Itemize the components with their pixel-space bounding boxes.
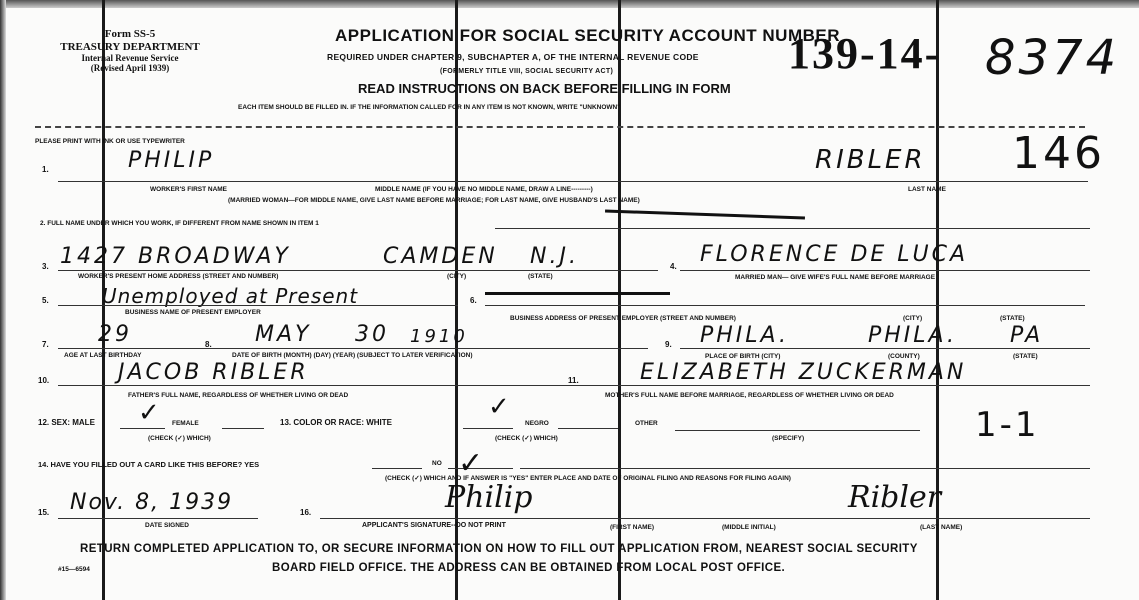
item-number: 15. — [38, 508, 49, 517]
item-number: 6. — [470, 296, 477, 305]
footer-code: #15—6594 — [58, 566, 90, 573]
employer-address-dash — [485, 292, 670, 295]
annotation-146: 146 — [1012, 128, 1105, 179]
revised-date: (Revised April 1939) — [30, 63, 230, 73]
other-label: OTHER — [635, 420, 658, 427]
label-sig-first: (FIRST NAME) — [610, 524, 654, 531]
label-first-name: WORKER'S FIRST NAME — [150, 186, 227, 193]
label-birth-state: (STATE) — [1013, 353, 1038, 360]
label-sig-middle: (MIDDLE INITIAL) — [722, 524, 776, 531]
item4-line — [680, 270, 1090, 271]
father-name-value: JACOB RIBLER — [118, 360, 309, 385]
scan-edge-left — [0, 0, 6, 600]
item5-line — [58, 305, 458, 306]
label-date-signed: DATE SIGNED — [145, 522, 189, 529]
item6-line — [485, 305, 1085, 306]
birth-year-value: 1910 — [410, 326, 468, 347]
item1-line — [58, 181, 1088, 182]
mother-name-value: ELIZABETH ZUCKERMAN — [640, 360, 966, 385]
item-number: 5. — [42, 296, 49, 305]
item3-line — [58, 270, 658, 271]
scan-edge-top — [0, 0, 1139, 8]
item-number: 3. — [42, 262, 49, 271]
item7-8-line — [58, 348, 648, 349]
label-dob: DATE OF BIRTH (MONTH) (DAY) (YEAR) (SUBJ… — [232, 352, 473, 359]
wife-name-value: FLORENCE DE LUCA — [700, 242, 968, 267]
label-sig-last: (LAST NAME) — [920, 524, 962, 531]
label-city: (CITY) — [447, 273, 466, 280]
signature-last: Ribler — [848, 480, 941, 515]
white-line[interactable] — [463, 428, 513, 429]
item14-reason-line[interactable] — [520, 468, 1090, 469]
label-wife-name: MARRIED MAN— GIVE WIFE'S FULL NAME BEFOR… — [735, 274, 935, 281]
home-state-value: N.J. — [530, 244, 579, 269]
item-number: 4. — [670, 262, 677, 271]
sex-label: 12. SEX: MALE — [38, 418, 95, 427]
specify-label: (SPECIFY) — [772, 435, 804, 442]
no-label: NO — [432, 460, 442, 467]
item-number: 9. — [665, 340, 672, 349]
item-number: 16. — [300, 508, 311, 517]
form-subtitle: REQUIRED UNDER CHAPTER 9, SUBCHAPTER A, … — [327, 52, 699, 62]
item15-line — [58, 518, 258, 519]
white-checkmark: ✓ — [488, 392, 510, 422]
item2-line[interactable] — [495, 228, 1090, 229]
service: Internal Revenue Service — [30, 53, 230, 63]
birth-county-value: PHILA. — [868, 323, 957, 348]
label-employer-state: (STATE) — [1000, 315, 1025, 322]
female-label: FEMALE — [172, 420, 199, 427]
item2-label: 2. FULL NAME UNDER WHICH YOU WORK, IF DI… — [40, 220, 319, 227]
male-checkmark: ✓ — [138, 398, 160, 428]
ss5-application-form: Form SS-5 TREASURY DEPARTMENT Internal R… — [0, 0, 1139, 600]
birth-state-value: PA — [1010, 323, 1043, 348]
item14-label: 14. HAVE YOU FILLED OUT A CARD LIKE THIS… — [38, 460, 259, 469]
label-last-name: LAST NAME — [908, 186, 946, 193]
item-number: 1. — [42, 165, 49, 174]
footer-line-1: RETURN COMPLETED APPLICATION TO, OR SECU… — [80, 543, 918, 555]
label-birthplace: PLACE OF BIRTH (CITY) — [705, 353, 780, 360]
label-employer-city: (CITY) — [903, 315, 922, 322]
item9-line — [680, 348, 1090, 349]
race-check-note: (CHECK (✓) WHICH) — [495, 434, 558, 442]
label-state: (STATE) — [528, 273, 553, 280]
negro-label: NEGRO — [525, 420, 549, 427]
label-mother-name: MOTHER'S FULL NAME BEFORE MARRIAGE, REGA… — [605, 392, 894, 399]
race-label: 13. COLOR OR RACE: WHITE — [280, 418, 392, 427]
married-woman-note: (MARRIED WOMAN—FOR MIDDLE NAME, GIVE LAS… — [228, 197, 640, 204]
race-side-mark: 1-1 — [975, 405, 1040, 445]
negro-line[interactable] — [558, 428, 618, 429]
read-instructions: READ INSTRUCTIONS ON BACK BEFORE FILLING… — [358, 81, 731, 96]
account-number-printed: 139-14- — [788, 28, 941, 79]
footer-line-2: BOARD FIELD OFFICE. THE ADDRESS CAN BE O… — [272, 562, 785, 574]
label-home-address: WORKER'S PRESENT HOME ADDRESS (STREET AN… — [78, 273, 278, 280]
item-number: 10. — [38, 376, 49, 385]
formerly-note: (FORMERLY TITLE VIII, SOCIAL SECURITY AC… — [440, 68, 613, 75]
item-number: 11. — [568, 376, 579, 385]
home-city-value: CAMDEN — [383, 244, 498, 269]
yes-line[interactable] — [372, 468, 422, 469]
birth-month-value: MAY — [255, 322, 311, 347]
signature-line — [320, 518, 1090, 519]
first-name-value: PHILIP — [128, 148, 214, 173]
label-father-name: FATHER'S FULL NAME, REGARDLESS OF WHETHE… — [128, 392, 348, 399]
other-line[interactable] — [675, 430, 920, 431]
label-employer: BUSINESS NAME OF PRESENT EMPLOYER — [125, 309, 261, 316]
home-street-value: 1427 BROADWAY — [60, 244, 291, 269]
label-middle-name: MIDDLE NAME (IF YOU HAVE NO MIDDLE NAME,… — [375, 186, 593, 193]
label-employer-address: BUSINESS ADDRESS OF PRESENT EMPLOYER (ST… — [510, 315, 736, 322]
each-item-note: EACH ITEM SHOULD BE FILLED IN. IF THE IN… — [238, 104, 620, 111]
label-county: (COUNTY) — [888, 353, 920, 360]
male-line[interactable] — [120, 428, 165, 429]
sex-check-note: (CHECK (✓) WHICH) — [148, 434, 211, 442]
birth-day-value: 30 — [355, 322, 389, 347]
item-number: 7. — [42, 340, 49, 349]
age-value: 29 — [98, 322, 132, 347]
female-line[interactable] — [222, 428, 264, 429]
label-signature: APPLICANT'S SIGNATURE--DO NOT PRINT — [362, 522, 506, 529]
account-number-handwritten: 8374 — [985, 30, 1119, 86]
label-age: AGE AT LAST BIRTHDAY — [64, 352, 141, 359]
please-print-note: PLEASE PRINT WITH INK OR USE TYPEWRITER — [35, 138, 185, 145]
signature-first: Philip — [445, 480, 533, 515]
header-divider — [35, 126, 1085, 128]
birth-city-value: PHILA. — [700, 323, 789, 348]
item11-line — [590, 385, 1090, 386]
form-title: APPLICATION FOR SOCIAL SECURITY ACCOUNT … — [335, 26, 840, 46]
last-name-value: RIBLER — [815, 145, 926, 175]
date-signed-value: Nov. 8, 1939 — [70, 490, 233, 515]
department: TREASURY DEPARTMENT — [30, 41, 230, 53]
item10-line — [58, 385, 598, 386]
middle-name-dash — [605, 210, 805, 220]
form-number: Form SS-5 — [30, 28, 230, 40]
